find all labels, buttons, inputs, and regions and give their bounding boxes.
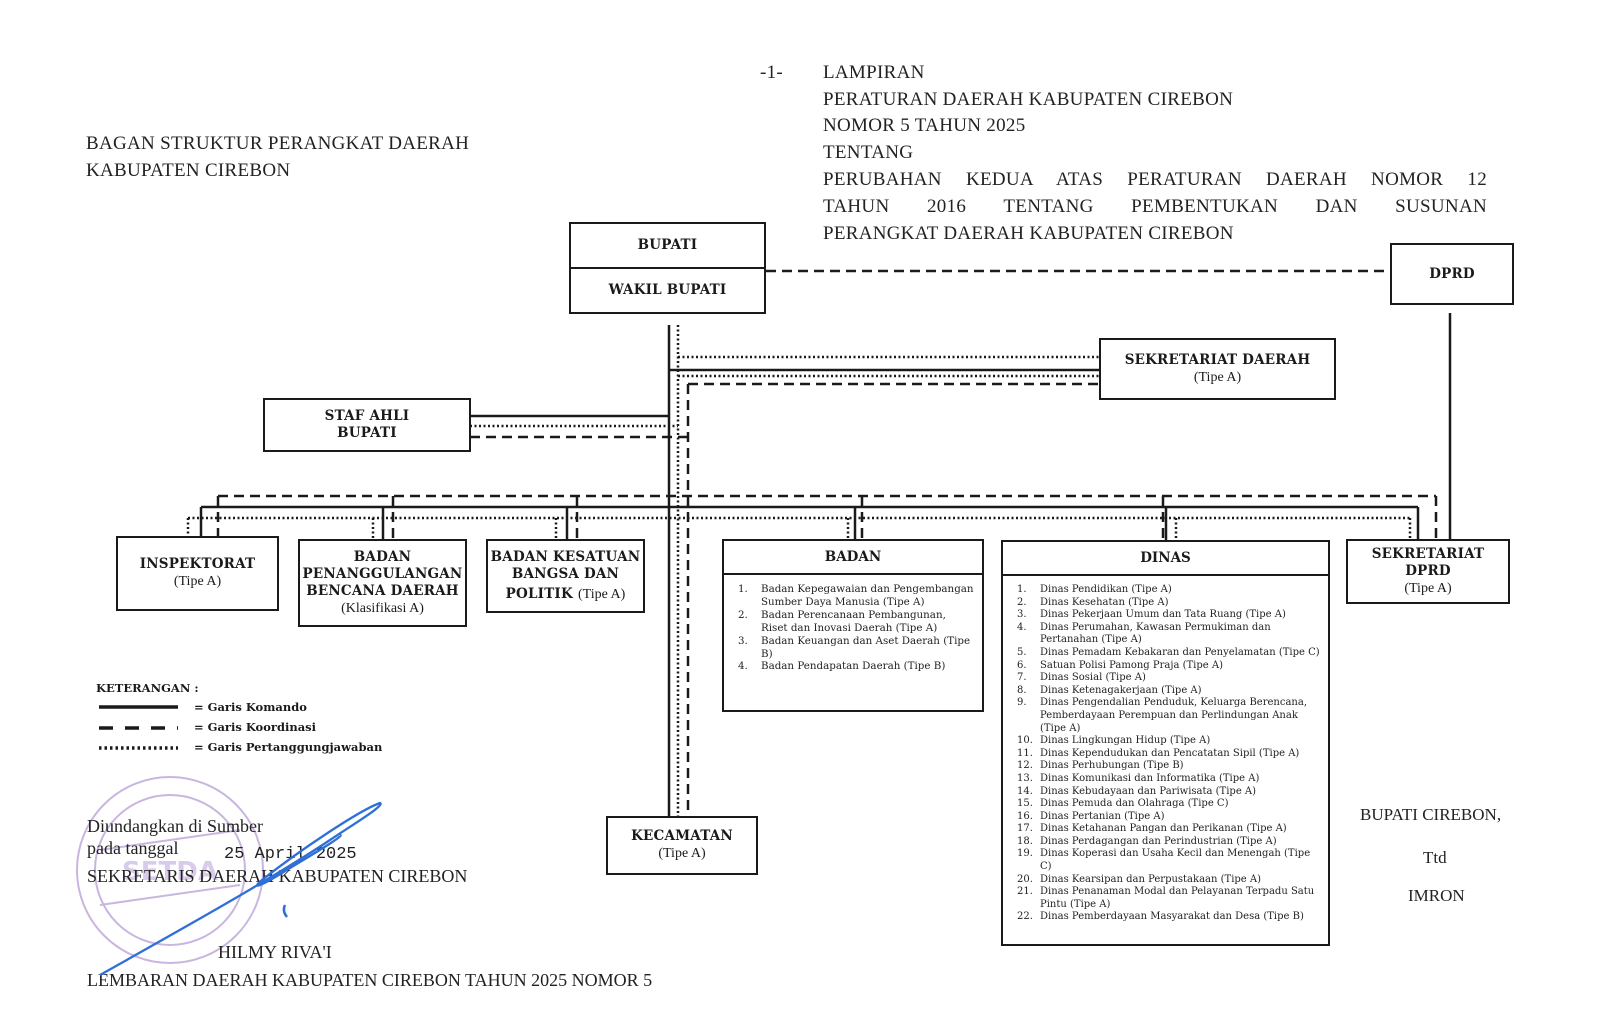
box-badan: BADAN 1.Badan Kepegawaian dan Pengembang… <box>722 539 984 712</box>
dinas-item: 20.Dinas Kearsipan dan Perpustakaan (Tip… <box>1017 874 1320 887</box>
gazette-reference: LEMBARAN DAERAH KABUPATEN CIREBON TAHUN … <box>87 970 652 991</box>
dinas-item-text: Dinas Pemberdayaan Masyarakat dan Desa (… <box>1040 911 1320 924</box>
dinas-item-number: 22. <box>1017 911 1040 924</box>
bpbd-line-3: BENCANA DAERAH <box>306 583 459 600</box>
dinas-item-text: Dinas Ketahanan Pangan dan Perikanan (Ti… <box>1040 823 1320 836</box>
approval-office: BUPATI CIREBON, <box>1360 805 1501 825</box>
badan-item: 4.Badan Pendapatan Daerah (Tipe B) <box>738 660 974 673</box>
badan-item-text: Badan Perencanaan Pembangunan, Riset dan… <box>761 609 974 635</box>
dinas-item-number: 18. <box>1017 836 1040 849</box>
dinas-item: 14.Dinas Kebudayaan dan Pariwisata (Tipe… <box>1017 786 1320 799</box>
legend-item-solid: = Garis Komando <box>194 700 307 714</box>
box-sekretariat-daerah: SEKRETARIAT DAERAH (Tipe A) <box>1099 338 1336 400</box>
promulgation-date-label: pada tanggal <box>87 838 178 859</box>
dinas-item: 11.Dinas Kependudukan dan Pencatatan Sip… <box>1017 748 1320 761</box>
legend-title: KETERANGAN : <box>96 681 199 695</box>
dinas-item: 15.Dinas Pemuda dan Olahraga (Tipe C) <box>1017 798 1320 811</box>
badan-item-text: Badan Keuangan dan Aset Daerah (Tipe B) <box>761 635 974 661</box>
sekretariat-dprd-line-2: DPRD <box>1405 563 1451 580</box>
dinas-item-number: 16. <box>1017 811 1040 824</box>
promulgation-date-value: 25 April 2025 <box>224 845 357 864</box>
kesbangpol-line-2: BANGSA DAN <box>512 566 619 583</box>
bpbd-type: (Klasifikasi A) <box>341 600 424 618</box>
box-bupati: BUPATI <box>569 222 766 269</box>
badan-item-text: Badan Kepegawaian dan Pengembangan Sumbe… <box>761 583 974 609</box>
dinas-item-text: Dinas Kearsipan dan Perpustakaan (Tipe A… <box>1040 874 1320 887</box>
dinas-item: 1.Dinas Pendidikan (Tipe A) <box>1017 584 1320 597</box>
kesbangpol-type: (Tipe A) <box>578 587 625 602</box>
dinas-item-text: Satuan Polisi Pamong Praja (Tipe A) <box>1040 660 1320 673</box>
dinas-item-number: 8. <box>1017 685 1040 698</box>
dinas-item-number: 17. <box>1017 823 1040 836</box>
dinas-item: 4.Dinas Perumahan, Kawasan Permukiman da… <box>1017 622 1320 647</box>
dinas-item-number: 15. <box>1017 798 1040 811</box>
badan-list: 1.Badan Kepegawaian dan Pengembangan Sum… <box>724 575 982 673</box>
dinas-item: 5.Dinas Pemadam Kebakaran dan Penyelamat… <box>1017 647 1320 660</box>
approval-name: IMRON <box>1408 886 1465 906</box>
box-dinas: DINAS 1.Dinas Pendidikan (Tipe A)2.Dinas… <box>1001 540 1330 946</box>
dinas-item-text: Dinas Ketenagakerjaan (Tipe A) <box>1040 685 1320 698</box>
badan-item-number: 1. <box>738 583 761 609</box>
dinas-item-number: 9. <box>1017 697 1040 735</box>
dinas-item: 16.Dinas Pertanian (Tipe A) <box>1017 811 1320 824</box>
dinas-item-text: Dinas Perdagangan dan Perindustrian (Tip… <box>1040 836 1320 849</box>
kesbangpol-line-3: POLITIK <box>506 586 573 602</box>
dinas-item: 8.Dinas Ketenagakerjaan (Tipe A) <box>1017 685 1320 698</box>
dinas-item-number: 14. <box>1017 786 1040 799</box>
dinas-item-number: 1. <box>1017 584 1040 597</box>
dinas-item: 10.Dinas Lingkungan Hidup (Tipe A) <box>1017 735 1320 748</box>
promulgation-place: Diundangkan di Sumber <box>87 816 263 837</box>
dinas-item: 3.Dinas Pekerjaan Umum dan Tata Ruang (T… <box>1017 609 1320 622</box>
dinas-item-text: Dinas Sosial (Tipe A) <box>1040 672 1320 685</box>
dinas-item: 9.Dinas Pengendalian Penduduk, Keluarga … <box>1017 697 1320 735</box>
dinas-item: 2.Dinas Kesehatan (Tipe A) <box>1017 597 1320 610</box>
dinas-item-text: Dinas Perhubungan (Tipe B) <box>1040 760 1320 773</box>
dinas-list: 1.Dinas Pendidikan (Tipe A)2.Dinas Keseh… <box>1003 576 1328 924</box>
dinas-item-text: Dinas Perumahan, Kawasan Permukiman dan … <box>1040 622 1320 647</box>
dinas-item: 7.Dinas Sosial (Tipe A) <box>1017 672 1320 685</box>
box-dprd: DPRD <box>1390 243 1514 305</box>
dinas-item: 22.Dinas Pemberdayaan Masyarakat dan Des… <box>1017 911 1320 924</box>
dinas-item-text: Dinas Kependudukan dan Pencatatan Sipil … <box>1040 748 1320 761</box>
bupati-label: BUPATI <box>638 237 698 254</box>
dinas-item-number: 4. <box>1017 622 1040 647</box>
staf-ahli-line-1: STAF AHLI <box>325 408 410 425</box>
dinas-item-number: 2. <box>1017 597 1040 610</box>
dinas-item: 18.Dinas Perdagangan dan Perindustrian (… <box>1017 836 1320 849</box>
badan-title: BADAN <box>724 541 982 575</box>
box-bpbd: BADAN PENANGGULANGAN BENCANA DAERAH (Kla… <box>298 539 467 627</box>
dinas-item-number: 11. <box>1017 748 1040 761</box>
dinas-item: 19.Dinas Koperasi dan Usaha Kecil dan Me… <box>1017 848 1320 873</box>
box-sekretariat-dprd: SEKRETARIAT DPRD (Tipe A) <box>1346 539 1510 604</box>
dinas-item-text: Dinas Pendidikan (Tipe A) <box>1040 584 1320 597</box>
badan-item-text: Badan Pendapatan Daerah (Tipe B) <box>761 660 974 673</box>
dprd-label: DPRD <box>1429 266 1475 283</box>
legend-item-dotted: = Garis Pertanggungjawaban <box>194 740 382 754</box>
kecamatan-name: KECAMATAN <box>631 828 733 845</box>
dinas-item-text: Dinas Pertanian (Tipe A) <box>1040 811 1320 824</box>
dinas-item-text: Dinas Pekerjaan Umum dan Tata Ruang (Tip… <box>1040 609 1320 622</box>
dinas-item-text: Dinas Komunikasi dan Informatika (Tipe A… <box>1040 773 1320 786</box>
dinas-item-number: 19. <box>1017 848 1040 873</box>
dinas-item-number: 12. <box>1017 760 1040 773</box>
dinas-item-number: 6. <box>1017 660 1040 673</box>
dinas-item-number: 21. <box>1017 886 1040 911</box>
box-kecamatan: KECAMATAN (Tipe A) <box>606 816 758 875</box>
approval-sign: Ttd <box>1423 848 1447 868</box>
promulgation-office: SEKRETARIS DAERAH KABUPATEN CIREBON <box>87 866 467 887</box>
box-inspektorat: INSPEKTORAT (Tipe A) <box>116 536 279 611</box>
inspektorat-name: INSPEKTORAT <box>140 556 256 573</box>
dinas-item-number: 20. <box>1017 874 1040 887</box>
dinas-item: 13.Dinas Komunikasi dan Informatika (Tip… <box>1017 773 1320 786</box>
bpbd-line-1: BADAN <box>354 549 411 566</box>
dinas-item-text: Dinas Pemadam Kebakaran dan Penyelamatan… <box>1040 647 1320 660</box>
inspektorat-type: (Tipe A) <box>174 573 221 591</box>
badan-item: 2.Badan Perencanaan Pembangunan, Riset d… <box>738 609 974 635</box>
dinas-item-number: 10. <box>1017 735 1040 748</box>
sekretariat-daerah-type: (Tipe A) <box>1194 369 1241 387</box>
dinas-item-text: Dinas Kesehatan (Tipe A) <box>1040 597 1320 610</box>
dinas-item-text: Dinas Lingkungan Hidup (Tipe A) <box>1040 735 1320 748</box>
staf-ahli-line-2: BUPATI <box>337 425 397 442</box>
dinas-item: 17.Dinas Ketahanan Pangan dan Perikanan … <box>1017 823 1320 836</box>
badan-item-number: 3. <box>738 635 761 661</box>
badan-item-number: 4. <box>738 660 761 673</box>
dinas-item-text: Dinas Koperasi dan Usaha Kecil dan Menen… <box>1040 848 1320 873</box>
sekretariat-daerah-name: SEKRETARIAT DAERAH <box>1125 352 1311 369</box>
wakil-bupati-label: WAKIL BUPATI <box>609 282 727 299</box>
dinas-item-number: 5. <box>1017 647 1040 660</box>
dinas-item: 12.Dinas Perhubungan (Tipe B) <box>1017 760 1320 773</box>
dinas-item: 6.Satuan Polisi Pamong Praja (Tipe A) <box>1017 660 1320 673</box>
badan-item: 3.Badan Keuangan dan Aset Daerah (Tipe B… <box>738 635 974 661</box>
sekretariat-dprd-type: (Tipe A) <box>1404 580 1451 598</box>
dinas-item-text: Dinas Pengendalian Penduduk, Keluarga Be… <box>1040 697 1320 735</box>
dinas-item-number: 3. <box>1017 609 1040 622</box>
kesbangpol-line-1: BADAN KESATUAN <box>491 549 641 566</box>
box-staf-ahli: STAF AHLI BUPATI <box>263 398 471 452</box>
promulgation-signer: HILMY RIVA'I <box>218 942 332 963</box>
dinas-title: DINAS <box>1003 542 1328 576</box>
sekretariat-dprd-line-1: SEKRETARIAT <box>1372 546 1485 563</box>
dinas-item-number: 7. <box>1017 672 1040 685</box>
dinas-item-number: 13. <box>1017 773 1040 786</box>
dinas-item-text: Dinas Penanaman Modal dan Pelayanan Terp… <box>1040 886 1320 911</box>
kecamatan-type: (Tipe A) <box>658 845 705 863</box>
dinas-item-text: Dinas Kebudayaan dan Pariwisata (Tipe A) <box>1040 786 1320 799</box>
dinas-item-text: Dinas Pemuda dan Olahraga (Tipe C) <box>1040 798 1320 811</box>
dinas-item: 21.Dinas Penanaman Modal dan Pelayanan T… <box>1017 886 1320 911</box>
badan-item: 1.Badan Kepegawaian dan Pengembangan Sum… <box>738 583 974 609</box>
bpbd-line-2: PENANGGULANGAN <box>303 566 463 583</box>
box-kesbangpol: BADAN KESATUAN BANGSA DAN POLITIK (Tipe … <box>486 539 645 613</box>
legend-item-dashed: = Garis Koordinasi <box>194 720 316 734</box>
box-wakil-bupati: WAKIL BUPATI <box>569 267 766 314</box>
badan-item-number: 2. <box>738 609 761 635</box>
